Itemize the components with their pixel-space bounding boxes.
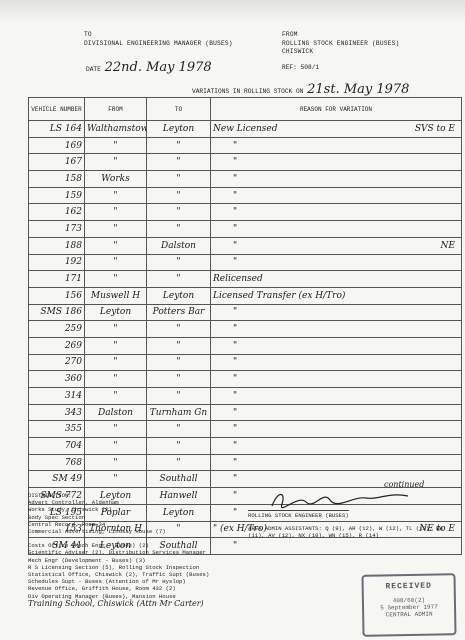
table-row: 314""" <box>29 388 462 405</box>
reason-text: " <box>213 157 237 167</box>
to-cell: Dalston <box>147 237 211 254</box>
table-row: 169""" <box>29 137 462 154</box>
distribution-item: Revenue Office, Griffith House, Room 432… <box>28 585 248 592</box>
from-cell: Muswell H <box>85 287 147 304</box>
reason-text: " <box>213 374 237 384</box>
reason-text: New Licensed <box>213 124 278 134</box>
distribution-item <box>28 535 248 542</box>
table-row: 188"Dalston"NE <box>29 237 462 254</box>
vehicle-cell: 188 <box>29 237 85 254</box>
from-cell: " <box>85 221 147 238</box>
to-cell: " <box>147 187 211 204</box>
vehicle-cell: SMS 186 <box>29 304 85 321</box>
reason-text: " <box>213 174 237 184</box>
reason-cell: " <box>211 371 462 388</box>
to-cell: Potters Bar <box>147 304 211 321</box>
to-cell: " <box>147 354 211 371</box>
from-cell: " <box>85 321 147 338</box>
reason-cell: " <box>211 137 462 154</box>
vehicle-cell: 360 <box>29 371 85 388</box>
variations-line: VARIATIONS IN ROLLING STOCK ON 21st. May… <box>192 82 409 97</box>
vehicle-cell: 159 <box>29 187 85 204</box>
col-reason: REASON FOR VARIATION <box>211 98 462 121</box>
from-cell: " <box>85 154 147 171</box>
area-admin-label: AREA ADMIN ASSISTANTS: <box>248 525 322 532</box>
table-row: 360""" <box>29 371 462 388</box>
reason-text: " <box>213 241 237 251</box>
vehicle-cell: 158 <box>29 171 85 188</box>
reason-cell: " <box>211 337 462 354</box>
vehicle-cell: 171 <box>29 271 85 288</box>
reason-text: Relicensed <box>213 274 263 284</box>
distribution-item: Scientific Adviser (2), Distribution Ser… <box>28 549 248 556</box>
table-row: 173""" <box>29 221 462 238</box>
reason-note: NE <box>441 241 455 251</box>
to-cell: " <box>147 337 211 354</box>
reason-text: " <box>213 341 237 351</box>
ref-label: REF: <box>282 64 297 71</box>
to-cell: " <box>147 171 211 188</box>
col-vehicle: VEHICLE NUMBER <box>29 98 85 121</box>
reason-text: " <box>213 391 237 401</box>
from-cell: Walthamstow <box>85 121 147 138</box>
distribution-list: DISTRIBUTION: Advert Controller, Aldenha… <box>28 492 248 607</box>
distribution-item: Mech Engr (Development - Buses) (3) <box>28 557 248 564</box>
reason-cell: " <box>211 154 462 171</box>
distribution-item: R S Licensing Section (5), Rolling Stock… <box>28 564 248 571</box>
distribution-item: Schedules Supt - Buses (Attention of Mr … <box>28 578 248 585</box>
reason-text: " <box>213 307 237 317</box>
to-value: DIVISIONAL ENGINEERING MANAGER (BUSES) <box>84 40 233 48</box>
table-row: 156Muswell HLeytonLicensed Transfer (ex … <box>29 287 462 304</box>
reason-text: " <box>213 441 237 451</box>
to-cell: " <box>147 254 211 271</box>
to-cell: " <box>147 271 211 288</box>
reason-cell: Licensed Transfer (ex H/Tro) <box>211 287 462 304</box>
to-cell: Turnham Gn <box>147 404 211 421</box>
table-row: 704""" <box>29 438 462 455</box>
distribution-item: Central Record, Room 34 <box>28 521 248 528</box>
vehicle-cell: 270 <box>29 354 85 371</box>
from-cell: " <box>85 438 147 455</box>
to-cell: " <box>147 221 211 238</box>
from-cell: " <box>85 254 147 271</box>
table-row: 355""" <box>29 421 462 438</box>
reason-cell: "NE <box>211 237 462 254</box>
reason-cell: " <box>211 454 462 471</box>
ref-line: REF: 508/1 <box>282 64 319 71</box>
reason-cell: " <box>211 438 462 455</box>
variations-date: 21st. May 1978 <box>307 82 409 97</box>
reason-cell: " <box>211 321 462 338</box>
vehicle-cell: 314 <box>29 388 85 405</box>
from-cell: " <box>85 137 147 154</box>
distribution-item: Commercial Advertising, Lindsay House (7… <box>28 528 248 535</box>
from-cell: " <box>85 454 147 471</box>
distribution-item: Statistical Office, Chiswick (2), Traffi… <box>28 571 248 578</box>
reason-text: " <box>213 424 237 434</box>
to-cell: " <box>147 204 211 221</box>
reason-text: " <box>213 357 237 367</box>
col-from: FROM <box>85 98 147 121</box>
reason-text: " <box>213 458 237 468</box>
stamp-dept: CENTRAL ADMIN <box>364 610 454 619</box>
reason-cell: New LicensedSVS to E <box>211 121 462 138</box>
vehicle-cell: 259 <box>29 321 85 338</box>
reason-cell: " <box>211 171 462 188</box>
distribution-item: Training School, Chiswick (Attn Mr Carte… <box>28 600 248 607</box>
document-page: TO DIVISIONAL ENGINEERING MANAGER (BUSES… <box>0 0 465 640</box>
date-value: 22nd. May 1978 <box>105 60 212 75</box>
vehicle-cell: 704 <box>29 438 85 455</box>
to-cell: " <box>147 388 211 405</box>
reason-cell: " <box>211 538 462 555</box>
reason-cell: " <box>211 354 462 371</box>
vehicle-cell: 768 <box>29 454 85 471</box>
to-label: TO <box>84 31 92 39</box>
table-row: 259""" <box>29 321 462 338</box>
reason-cell: " <box>211 388 462 405</box>
ref-value: 508/1 <box>301 64 320 71</box>
table-row: SMS 186LeytonPotters Bar" <box>29 304 462 321</box>
from-cell: " <box>85 388 147 405</box>
reason-text: " <box>213 207 237 217</box>
to-cell: " <box>147 438 211 455</box>
to-cell: Leyton <box>147 287 211 304</box>
vehicle-cell: LS 164 <box>29 121 85 138</box>
to-cell: " <box>147 137 211 154</box>
reason-note: SVS to E <box>415 124 455 134</box>
reason-text: " <box>213 408 237 418</box>
distribution-item: Body Spec Section <box>28 514 248 521</box>
reason-text: " <box>213 474 237 484</box>
stamp-title: RECEIVED <box>364 581 454 592</box>
reason-text: " <box>213 224 237 234</box>
table-header: VEHICLE NUMBER FROM TO REASON FOR VARIAT… <box>29 98 462 121</box>
vehicle-cell: 355 <box>29 421 85 438</box>
vehicle-cell: SM 49 <box>29 471 85 488</box>
to-cell: " <box>147 321 211 338</box>
reason-cell: " <box>211 404 462 421</box>
vehicle-cell: 343 <box>29 404 85 421</box>
vehicle-cell: 192 <box>29 254 85 271</box>
from-label: FROM <box>282 31 298 39</box>
from-cell: Dalston <box>85 404 147 421</box>
table-row: LS 164WalthamstowLeytonNew LicensedSVS t… <box>29 121 462 138</box>
reason-text: " <box>213 324 237 334</box>
table-row: 167""" <box>29 154 462 171</box>
from-cell: " <box>85 271 147 288</box>
to-cell: " <box>147 371 211 388</box>
reason-text: " <box>213 141 237 151</box>
vehicle-cell: 173 <box>29 221 85 238</box>
distribution-title: DISTRIBUTION: <box>28 492 248 499</box>
reason-cell: " <box>211 221 462 238</box>
from-cell: Leyton <box>85 304 147 321</box>
from-value: ROLLING STOCK ENGINEER (BUSES) <box>282 40 399 48</box>
reason-cell: " <box>211 421 462 438</box>
from-cell: " <box>85 337 147 354</box>
received-stamp: RECEIVED 408/60(2) 5 September 1977 CENT… <box>361 573 456 637</box>
table-row: 158Works"" <box>29 171 462 188</box>
table-row: 159""" <box>29 187 462 204</box>
from-cell: " <box>85 354 147 371</box>
vehicle-cell: 156 <box>29 287 85 304</box>
to-cell: " <box>147 454 211 471</box>
from-location: CHISWICK <box>282 48 313 56</box>
reason-text: Licensed Transfer (ex H/Tro) <box>213 291 345 301</box>
vehicle-cell: 169 <box>29 137 85 154</box>
from-cell: " <box>85 204 147 221</box>
reason-cell: Relicensed <box>211 271 462 288</box>
date-label: DATE <box>86 66 101 73</box>
from-cell: " <box>85 187 147 204</box>
distribution-item: Works Study, Chiswick (2) <box>28 506 248 513</box>
signatory: ROLLING STOCK ENGINEER (BUSES) <box>248 510 349 519</box>
reason-text: " <box>213 257 237 267</box>
from-cell: Works <box>85 171 147 188</box>
distribution-item: Costs Office (Mech Engr - Buses) (2) <box>28 542 248 549</box>
table-row: 171""Relicensed <box>29 271 462 288</box>
reason-cell: " <box>211 204 462 221</box>
vehicle-cell: 162 <box>29 204 85 221</box>
from-cell: " <box>85 371 147 388</box>
reason-cell: " <box>211 304 462 321</box>
table-row: 768""" <box>29 454 462 471</box>
variations-label: VARIATIONS IN ROLLING STOCK ON <box>192 88 303 95</box>
table-row: 192""" <box>29 254 462 271</box>
vehicle-cell: 269 <box>29 337 85 354</box>
distribution-item: Advert Controller, Aldenham <box>28 499 248 506</box>
area-admin: AREA ADMIN ASSISTANTS: Q (9), AR (12), W… <box>248 525 458 539</box>
vehicle-cell: 167 <box>29 154 85 171</box>
from-cell: " <box>85 237 147 254</box>
reason-cell: " <box>211 254 462 271</box>
reason-cell: " <box>211 187 462 204</box>
table-row: 269""" <box>29 337 462 354</box>
to-cell: " <box>147 154 211 171</box>
table-row: 270""" <box>29 354 462 371</box>
table-row: 162""" <box>29 204 462 221</box>
to-cell: " <box>147 421 211 438</box>
scan-blur <box>0 0 465 22</box>
signature-block: ROLLING STOCK ENGINEER (BUSES) AREA ADMI… <box>248 510 458 540</box>
table-row: 343DalstonTurnham Gn" <box>29 404 462 421</box>
to-cell: Leyton <box>147 121 211 138</box>
from-cell: " <box>85 471 147 488</box>
from-cell: " <box>85 421 147 438</box>
date-line: DATE 22nd. May 1978 <box>86 60 212 75</box>
reason-text: " <box>213 191 237 201</box>
to-cell: Southall <box>147 471 211 488</box>
col-to: TO <box>147 98 211 121</box>
